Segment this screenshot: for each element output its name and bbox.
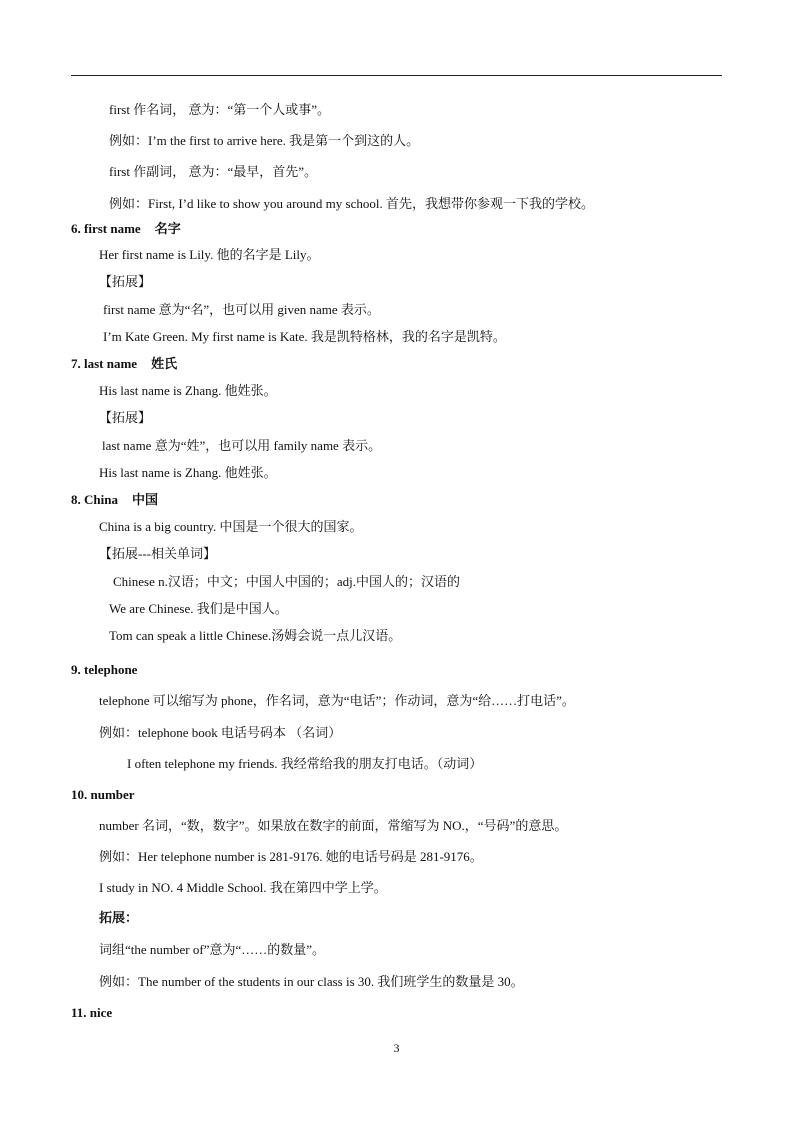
body-line: His last name is Zhang. 他姓张。	[99, 465, 277, 481]
body-line: 例如：I’m the first to arrive here. 我是第一个到这…	[109, 133, 419, 149]
section-heading: 9. telephone	[71, 662, 137, 678]
body-line: telephone 可以缩写为 phone，作名词，意为“电话”；作动词，意为“…	[99, 693, 575, 709]
body-line: 例如：Her telephone number is 281-9176. 她的电…	[99, 849, 483, 865]
heading-term: 10. number	[71, 787, 135, 802]
section-heading: 6. first name名字	[71, 221, 181, 238]
body-line: I study in NO. 4 Middle School. 我在第四中学上学…	[99, 880, 387, 896]
body-line: 【拓展】	[99, 410, 151, 426]
body-line: I’m Kate Green. My first name is Kate. 我…	[103, 329, 506, 345]
section-heading: 8. China中国	[71, 492, 158, 509]
body-line: Chinese n.汉语；中文；中国人中国的；adj.中国人的；汉语的	[113, 574, 460, 590]
body-line: number 名词，“数，数字”。如果放在数字的前面，常缩写为 NO.，“号码”…	[99, 818, 567, 834]
body-line: last name 意为“姓”，也可以用 family name 表示。	[102, 438, 381, 454]
heading-term: 9. telephone	[71, 662, 137, 677]
heading-term: 11. nice	[71, 1005, 112, 1020]
heading-term: 6. first name	[71, 221, 141, 236]
body-line: first 作副词， 意为：“最早，首先”。	[109, 164, 317, 180]
body-line: 【拓展---相关单词】	[99, 546, 216, 562]
heading-translation: 名字	[155, 222, 181, 237]
body-line: His last name is Zhang. 他姓张。	[99, 383, 277, 399]
section-heading: 11. nice	[71, 1005, 112, 1021]
body-line: We are Chinese. 我们是中国人。	[109, 601, 288, 617]
body-line: 例如：telephone book 电话号码本 （名词）	[99, 725, 341, 741]
body-line: first name 意为“名”，也可以用 given name 表示。	[103, 302, 380, 318]
body-line: 例如：First, I’d like to show you around my…	[109, 196, 594, 212]
heading-term: 7. last name	[71, 356, 137, 371]
heading-term: 8. China	[71, 492, 118, 507]
body-line: China is a big country. 中国是一个很大的国家。	[99, 519, 362, 535]
body-line: Tom can speak a little Chinese.汤姆会说一点儿汉语…	[109, 628, 401, 644]
subheading: 拓展：	[99, 911, 138, 927]
body-line: Her first name is Lily. 他的名字是 Lily。	[99, 247, 320, 263]
body-line: 词组“the number of”意为“……的数量”。	[99, 942, 325, 958]
section-heading: 7. last name姓氏	[71, 356, 177, 373]
page-number: 3	[0, 1041, 793, 1056]
body-line: 例如：The number of the students in our cla…	[99, 974, 524, 990]
section-heading: 10. number	[71, 787, 135, 803]
body-line: first 作名词， 意为：“第一个人或事”。	[109, 102, 330, 118]
header-rule	[71, 75, 722, 76]
heading-translation: 姓氏	[151, 357, 177, 372]
body-line: 【拓展】	[99, 274, 151, 290]
heading-translation: 中国	[132, 493, 158, 508]
body-line: I often telephone my friends. 我经常给我的朋友打电…	[127, 756, 482, 772]
